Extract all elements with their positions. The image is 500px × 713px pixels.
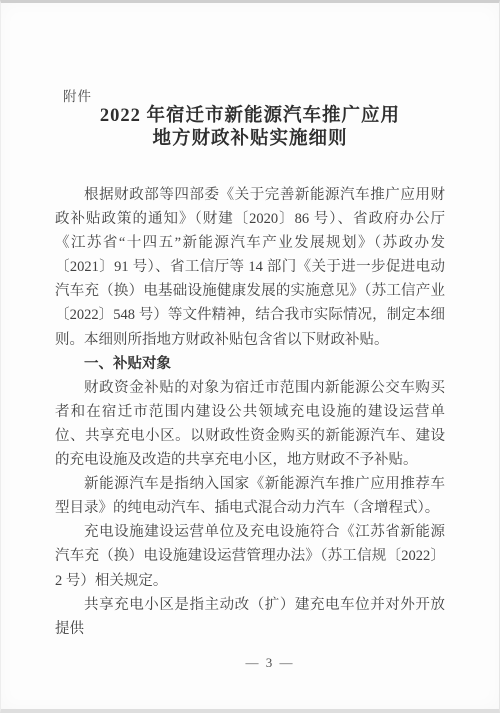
paragraph: 新能源汽车是指纳入国家《新能源汽车推广应用推荐车型目录》的纯电动汽车、插电式混合… [55,472,445,520]
scanned-document-page: 附件 2022 年宿迁市新能源汽车推广应用 地方财政补贴实施细则 根据财政部等四… [0,0,500,713]
page-number: — 3 — [246,655,295,671]
paragraph: 充电设施建设运营单位及充电设施符合《江苏省新能源汽车充（换）电设施建设运营管理办… [55,520,445,592]
document-title: 2022 年宿迁市新能源汽车推广应用 地方财政补贴实施细则 [1,105,499,151]
paragraph: 根据财政部等四部委《关于完善新能源汽车推广应用财政补贴政策的通知》（财建〔202… [55,183,445,352]
paragraph: 共享充电小区是指主动改（扩）建充电车位并对外开放提供 [55,593,445,641]
paragraph: 财政资金补贴的对象为宿迁市范围内新能源公交车购买者和在宿迁市范围内建设公共领域充… [55,376,445,472]
document-body: 根据财政部等四部委《关于完善新能源汽车推广应用财政补贴政策的通知》（财建〔202… [55,183,445,641]
document-title-line-1: 2022 年宿迁市新能源汽车推广应用 [100,106,400,126]
document-title-line-2: 地方财政补贴实施细则 [152,129,347,149]
attachment-label: 附件 [63,85,92,105]
section-heading: 一、补贴对象 [55,352,445,376]
